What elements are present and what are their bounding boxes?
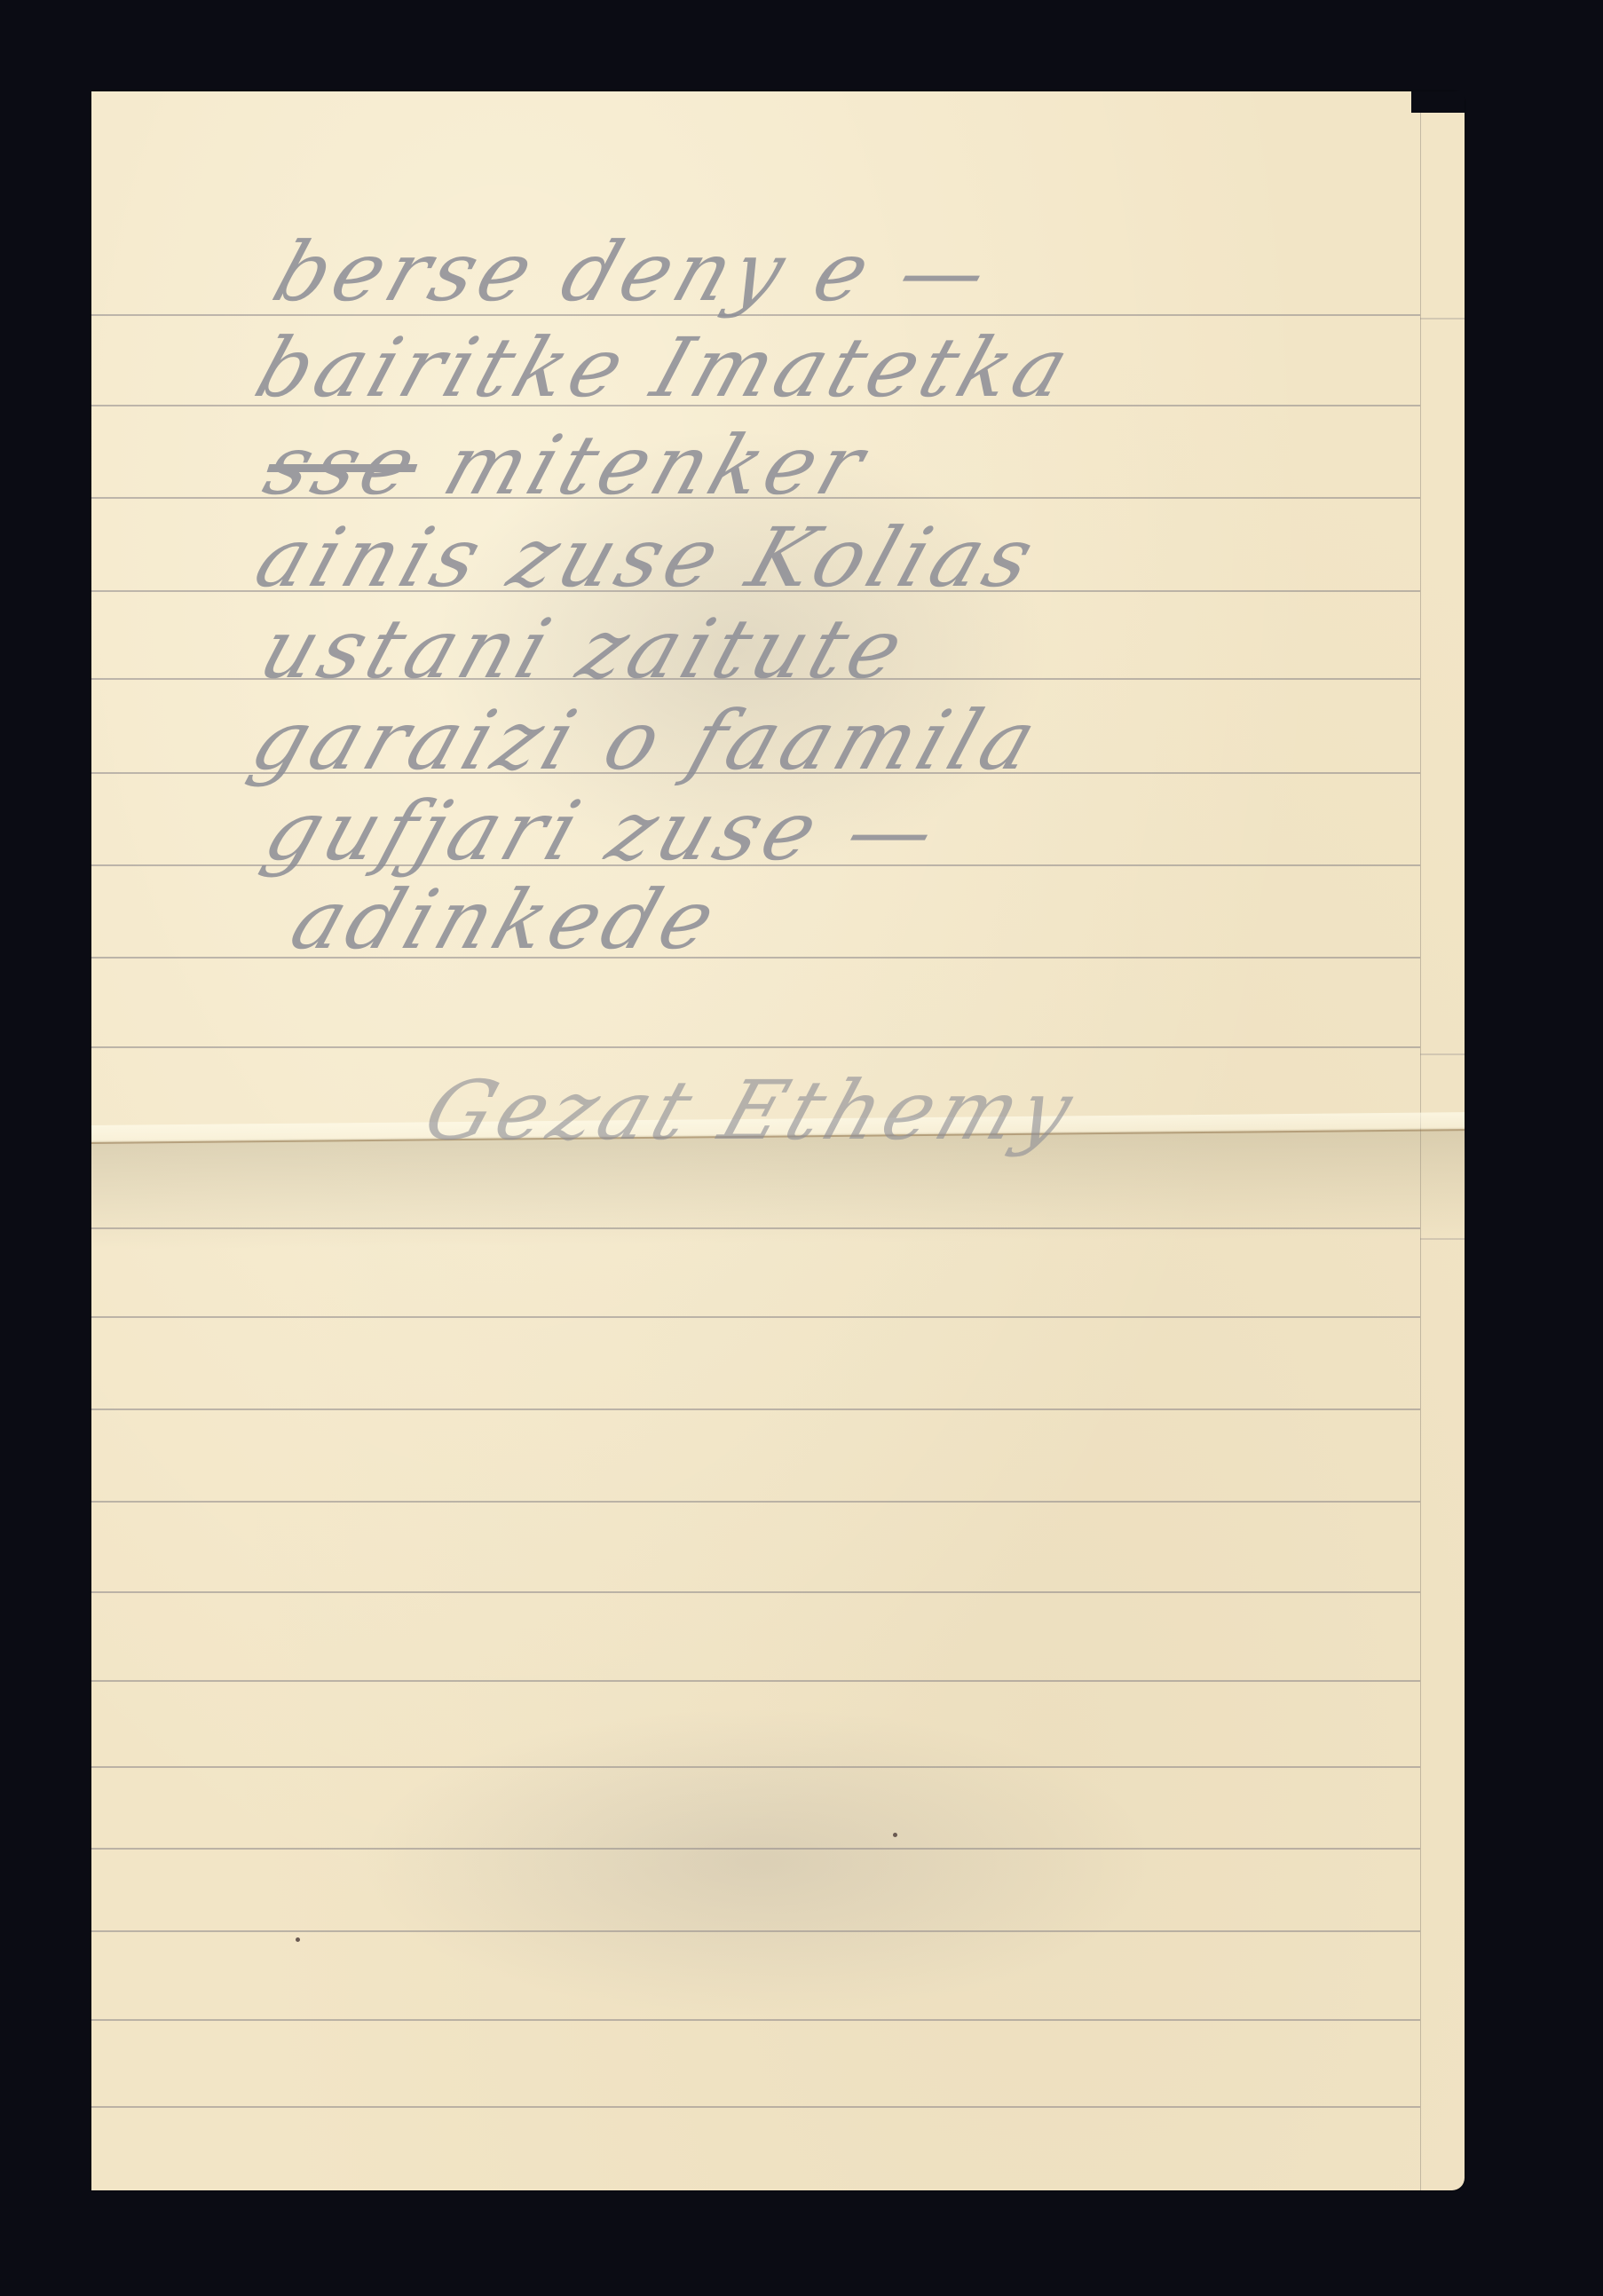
paper-stain (358, 1707, 1157, 2017)
paper-speck (296, 1937, 300, 1942)
paper-speck (893, 1833, 897, 1837)
rule-line-margin (1420, 1053, 1465, 1055)
handwriting-line-3: sse mitenker (254, 418, 880, 513)
sheet-corner-notch (1411, 91, 1465, 113)
signature: Gezat Ethemy (414, 1063, 1089, 1158)
handwriting-line-1: berse deny e — (263, 225, 1005, 320)
rule-line (91, 1680, 1420, 1682)
rule-line (91, 1501, 1420, 1503)
rule-line (91, 2106, 1420, 2108)
rule-line-margin (1420, 1238, 1465, 1240)
handwriting-line-4: ainis zuse Kolias (245, 510, 1050, 605)
handwriting-line-6: garaizi o faamila (241, 693, 1053, 788)
rule-line (91, 1408, 1420, 1410)
handwriting-line-5: ustani zaitute (249, 602, 920, 697)
handwriting-line-8: adinkede (280, 872, 732, 967)
handwriting-line-2: bairitke Imatetka (245, 320, 1086, 415)
handwriting-text: mitenker (401, 418, 880, 513)
rule-line (91, 1591, 1420, 1593)
rule-line (91, 1316, 1420, 1318)
rule-line (91, 1046, 1420, 1048)
letter-sheet: berse deny e — bairitke Imatetka sse mit… (91, 91, 1465, 2190)
rule-line-margin (1420, 318, 1465, 320)
handwriting-line-7: gufjari zuse — (254, 784, 953, 879)
rule-line (91, 2019, 1420, 2021)
